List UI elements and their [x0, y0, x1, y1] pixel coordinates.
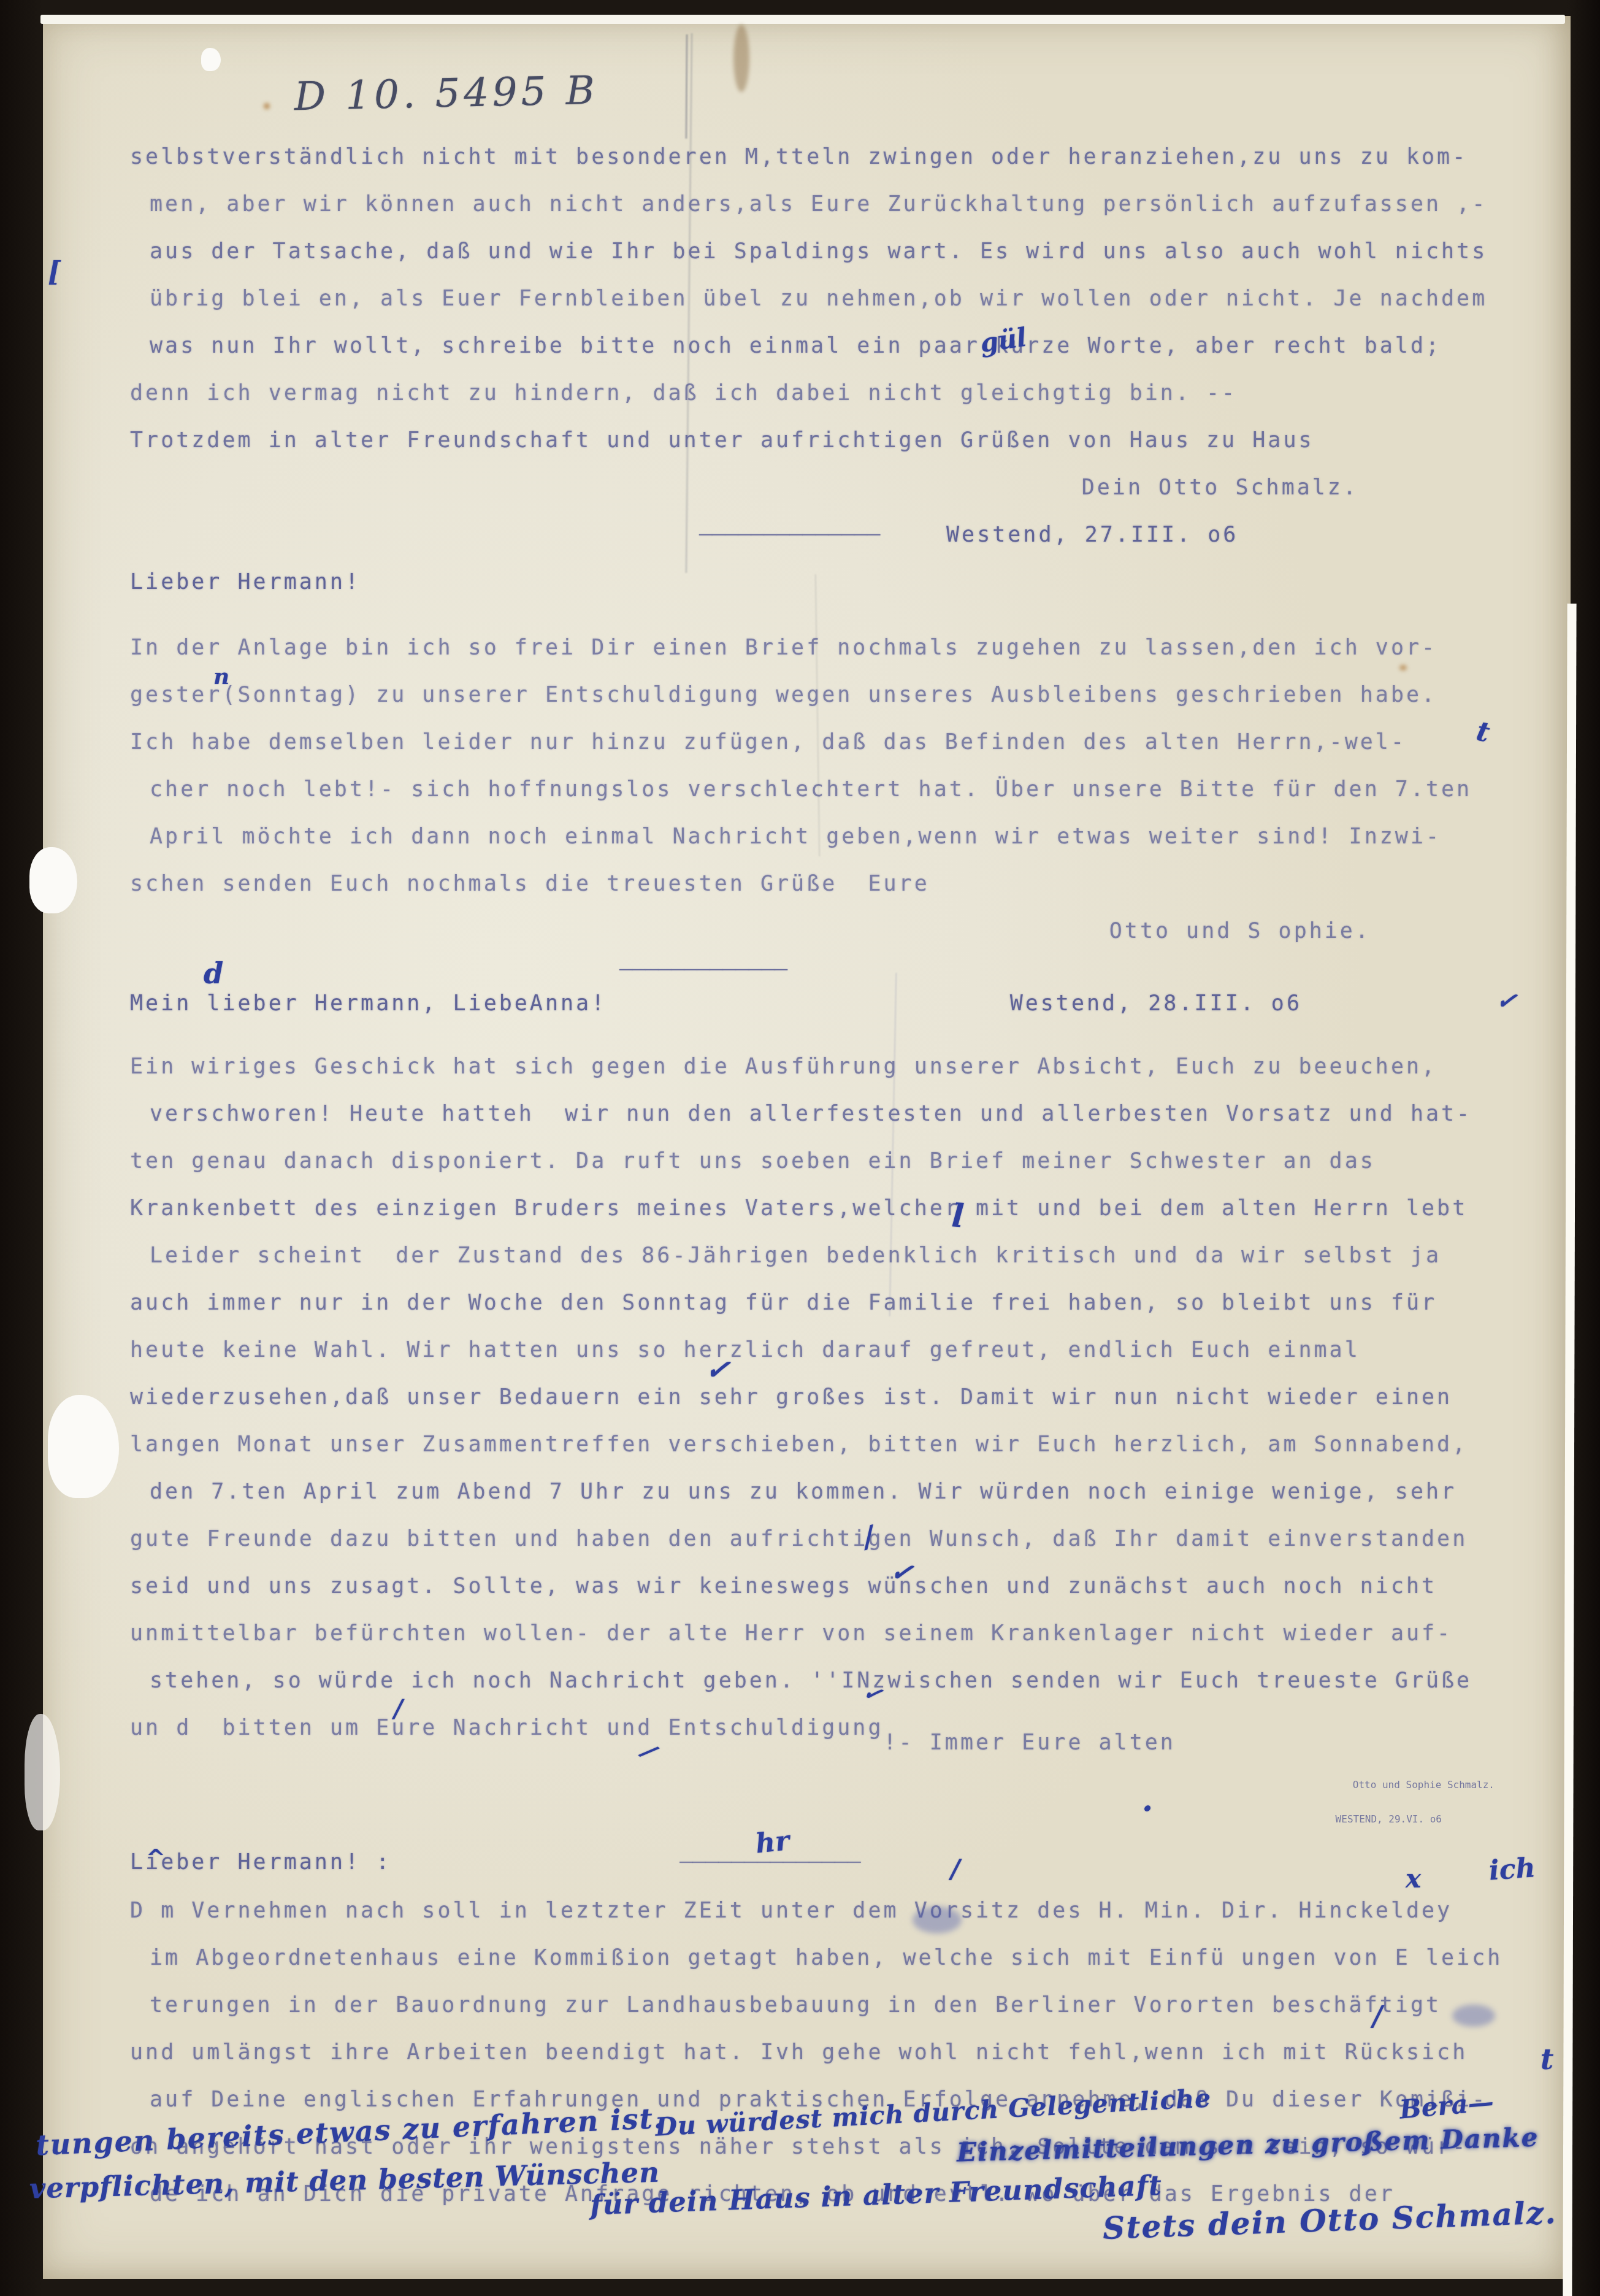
letter4-salutation: Lieber Hermann! :: [130, 1839, 391, 1886]
letter2-salutation: Mein lieber Hermann, LiebeAnna!: [130, 985, 607, 1023]
typed-line: wiederzusehen,daß unser Bedauern ein seh…: [130, 1374, 1535, 1421]
typed-line: men, aber wir können auch nicht anders,a…: [150, 181, 1535, 228]
typed-line: gester(Sonntag) zu unserer Entschuldigun…: [130, 672, 1535, 719]
typed-line: selbstverständlich nicht mit besonderen …: [130, 134, 1535, 181]
scan-background: D 10. 5495 B selbstverständlich nicht mi…: [0, 0, 1600, 2296]
letter2-divider-row: ─────────────: [130, 955, 1535, 985]
letter2-date: Westend, 28.III. o6: [1010, 985, 1302, 1023]
typed-line: aus der Tatsache, daß und wie Ihr bei Sp…: [150, 228, 1535, 275]
typed-line: was nun Ihr wollt, schreibe bitte noch e…: [150, 323, 1535, 370]
typed-line-closing: un d bitten um Eure Nachricht und Entsch…: [130, 1716, 884, 1740]
letter3-signature: Otto und Sophie Schmalz.: [130, 1768, 1535, 1802]
typed-line: cher noch lebt!- sich hoffnungslos versc…: [150, 766, 1535, 813]
letter2-signature: Otto und S ophie.: [130, 908, 1535, 955]
typed-line: langen Monat unser Zusammentreffen versc…: [130, 1421, 1535, 1469]
letter-page: D 10. 5495 B selbstverständlich nicht mi…: [43, 16, 1571, 2279]
letter3-signature-block: Otto und Sophie Schmalz. WESTEND, 29.VI.…: [130, 1768, 1535, 1837]
typed-line: denn ich vermag nicht zu hindern, daß ic…: [130, 370, 1535, 417]
typed-line: un d bitten um Eure Nachricht und Entsch…: [130, 1705, 1535, 1752]
typed-line: und umlängst ihre Arbeiten beendigt hat.…: [130, 2029, 1535, 2076]
letter1-salutation: Lieber Hermann!: [130, 559, 1535, 606]
typed-content: D 10. 5495 B selbstverständlich nicht mi…: [43, 16, 1571, 2218]
typed-line: auf Deine englischen Erfahrungen und pra…: [150, 2076, 1535, 2124]
letter2-paragraph: In der Anlage bin ich so frei Dir einen …: [130, 624, 1535, 908]
typed-divider: ──────────────: [699, 521, 880, 549]
typed-divider: ─────────────: [619, 961, 787, 979]
typed-divider: ──────────────: [679, 1848, 860, 1876]
typed-line: Trotzdem in alter Freundschaft und unter…: [130, 417, 1535, 464]
letter1-date-row: ────────────── Westend, 27.III. o6: [130, 512, 1535, 559]
typed-line: Leider scheint der Zustand des 86-Jährig…: [150, 1232, 1535, 1280]
typed-line: auch immer nur in der Woche den Sonntag …: [130, 1280, 1535, 1327]
archival-number: D 10. 5495 B: [294, 48, 1536, 147]
typed-line: heute keine Wahl. Wir hatten uns so herz…: [130, 1327, 1535, 1374]
typed-line: terungen in der Bauordnung zur Landhausb…: [150, 1982, 1535, 2029]
letter1-date: Westend, 27.III. o6: [946, 512, 1238, 559]
letter1-signature: Dein Otto Schmalz.: [130, 464, 1535, 512]
typed-line: stehen, so würde ich noch Nachricht gebe…: [150, 1657, 1535, 1705]
typed-line: verschworen! Heute hatteh wir nun den al…: [150, 1091, 1535, 1138]
typed-line: unmittelbar befürchten wollen- der alte …: [130, 1610, 1535, 1657]
typed-line: de ich an Dich die private Anfrage richt…: [150, 2171, 1535, 2218]
typed-line-closing-tail: !- Immer Eure alten: [884, 1730, 1176, 1755]
typed-line: Krankenbett des einzigen Bruders meines …: [130, 1185, 1535, 1232]
letter3-paragraph: Ein wiriges Geschick hat sich gegen die …: [130, 1043, 1535, 1752]
typed-line: seid und uns zusagt. Sollte, was wir kei…: [130, 1563, 1535, 1610]
typed-line: im Abgeordnetenhaus eine Kommißion getag…: [150, 1935, 1535, 1982]
typed-line: gute Freunde dazu bitten und haben den a…: [130, 1516, 1535, 1563]
typed-line: on angehört hast oder ihr wenigstens näh…: [130, 2124, 1535, 2171]
typed-line: In der Anlage bin ich so frei Dir einen …: [130, 624, 1535, 672]
typed-line: April möchte ich dann noch einmal Nachri…: [150, 813, 1535, 861]
letter3-date: WESTEND, 29.VI. o6: [130, 1802, 1535, 1837]
typed-line: den 7.ten April zum Abend 7 Uhr zu uns z…: [150, 1469, 1535, 1516]
typed-line: D m Vernehmen nach soll in leztzter ZEit…: [130, 1887, 1535, 1935]
typed-line: Ein wiriges Geschick hat sich gegen die …: [130, 1043, 1535, 1091]
typed-line: ten genau danach disponiert. Da ruft uns…: [130, 1138, 1535, 1185]
letter1-paragraph: selbstverständlich nicht mit besonderen …: [130, 134, 1535, 464]
letter4-salutation-row: Lieber Hermann! : ──────────────: [130, 1839, 1535, 1886]
typed-line: schen senden Euch nochmals die treuesten…: [130, 861, 1535, 908]
letter2-salutation-row: Mein lieber Hermann, LiebeAnna! Westend,…: [130, 985, 1535, 1023]
typed-line: übrig blei en, als Euer Fernbleiben übel…: [150, 275, 1535, 323]
letter4-paragraph: D m Vernehmen nach soll in leztzter ZEit…: [130, 1887, 1535, 2218]
typed-line: Ich habe demselben leider nur hinzu zufü…: [130, 719, 1535, 766]
